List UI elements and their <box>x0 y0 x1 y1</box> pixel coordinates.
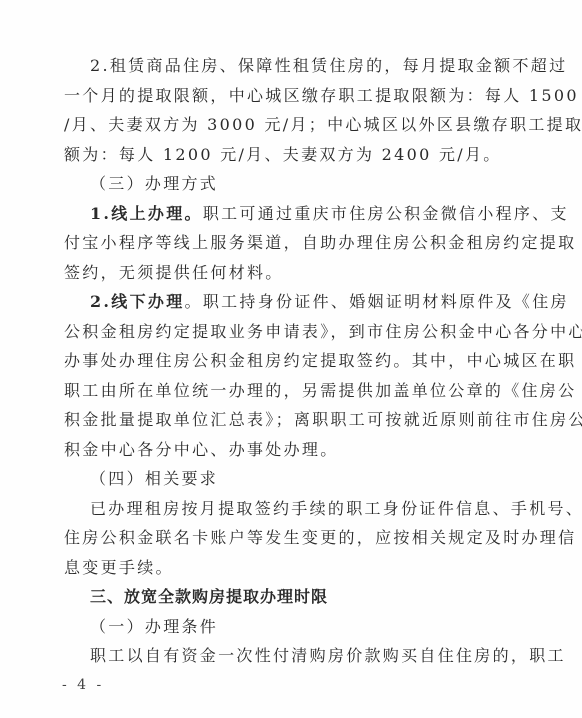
chapter-heading-full-payment: 三、放宽全款购房提取办理时限 <box>90 586 524 608</box>
paragraph-offline-line-5: 积金批量提取单位汇总表》；离职职工可按就近原则前往市住房公 <box>64 409 524 431</box>
section-heading-conditions: （一）办理条件 <box>90 616 524 638</box>
paragraph-rental-limit-line-2: 一个月的提取限额，中心城区缴存职工提取限额为：每人 1500 元 <box>64 85 524 107</box>
paragraph-rental-limit-line-1: 2.租赁商品住房、保障性租赁住房的，每月提取金额不超过 <box>90 55 524 77</box>
paragraph-online-line-2: 付宝小程序等线上服务渠道，自助办理住房公积金租房约定提取 <box>64 232 524 254</box>
online-label: 1.线上办理。 <box>90 204 203 223</box>
paragraph-offline-line-1: 2.线下办理。职工持身份证件、婚姻证明材料原件及《住房 <box>90 291 524 313</box>
section-heading-method: （三）办理方式 <box>90 173 524 195</box>
paragraph-rental-limit-line-4: 额为：每人 1200 元/月、夫妻双方为 2400 元/月。 <box>64 144 524 166</box>
document-page: 2.租赁商品住房、保障性租赁住房的，每月提取金额不超过 一个月的提取限额，中心城… <box>0 0 582 718</box>
paragraph-requirements-line-3: 息变更手续。 <box>64 557 524 579</box>
paragraph-online-line-1: 1.线上办理。职工可通过重庆市住房公积金微信小程序、支 <box>90 203 524 225</box>
paragraph-online-line-3: 签约，无须提供任何材料。 <box>64 262 524 284</box>
page-number: - 4 - <box>62 677 104 693</box>
section-heading-requirements: （四）相关要求 <box>90 468 524 490</box>
paragraph-offline-line-6: 积金中心各分中心、办事处办理。 <box>64 439 524 461</box>
paragraph-conditions-line-1: 职工以自有资金一次性付清购房价款购买自住住房的，职工 <box>90 645 524 667</box>
offline-label: 2.线下办理 <box>90 292 185 311</box>
paragraph-offline-line-3: 办事处办理住房公积金租房约定提取签约。其中，中心城区在职 <box>64 350 524 372</box>
paragraph-requirements-line-2: 住房公积金联名卡账户等发生变更的，应按相关规定及时办理信 <box>64 527 524 549</box>
paragraph-offline-line-4: 职工由所在单位统一办理的，另需提供加盖单位公章的《住房公 <box>64 380 524 402</box>
paragraph-requirements-line-1: 已办理租房按月提取签约手续的职工身份证件信息、手机号、 <box>90 498 524 520</box>
paragraph-rental-limit-line-3: /月、夫妻双方为 3000 元/月；中心城区以外区县缴存职工提取限 <box>64 114 524 136</box>
paragraph-offline-line-2: 公积金租房约定提取业务申请表》，到市住房公积金中心各分中心、 <box>64 321 524 343</box>
